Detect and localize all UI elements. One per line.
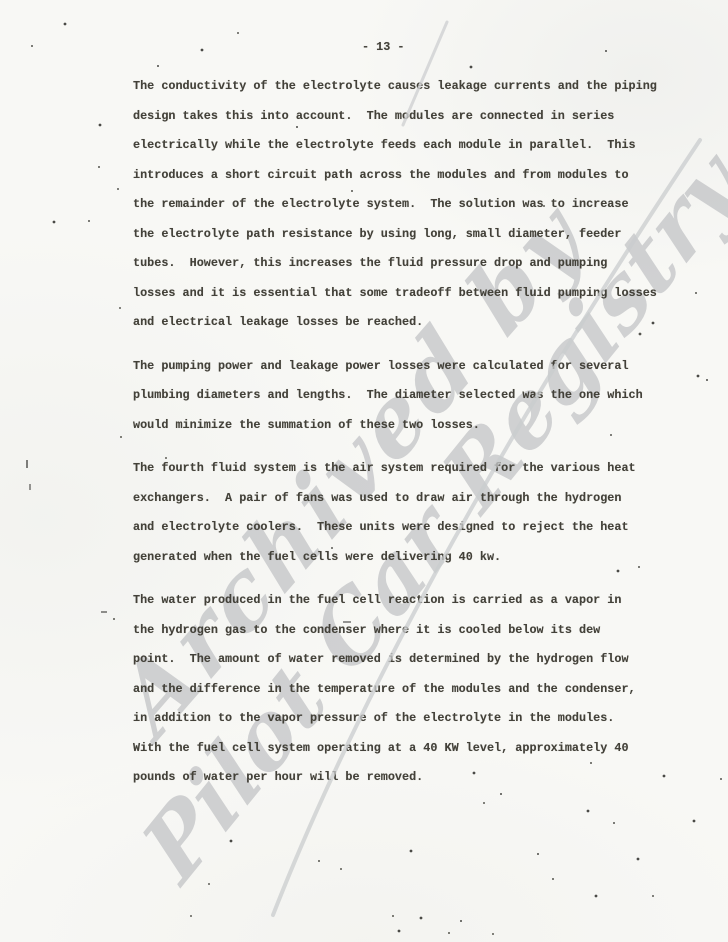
text-line: exchangers. A pair of fans was used to d… bbox=[133, 491, 657, 521]
document-body: The conductivity of the electrolyte caus… bbox=[133, 79, 657, 814]
text-line: electrically while the electrolyte feeds… bbox=[133, 138, 657, 168]
text-line: point. The amount of water removed is de… bbox=[133, 652, 657, 682]
text-line: generated when the fuel cells were deliv… bbox=[133, 550, 657, 580]
paragraph: The water produced in the fuel cell reac… bbox=[133, 593, 657, 800]
paragraph: The pumping power and leakage power loss… bbox=[133, 359, 657, 448]
text-line: introduces a short circuit path across t… bbox=[133, 168, 657, 198]
text-line: and the difference in the temperature of… bbox=[133, 682, 657, 712]
text-line: plumbing diameters and lengths. The diam… bbox=[133, 388, 657, 418]
page-number: - 13 - bbox=[362, 40, 404, 54]
text-line: the hydrogen gas to the condenser where … bbox=[133, 623, 657, 653]
text-line: and electrical leakage losses be reached… bbox=[133, 315, 657, 345]
text-line: would minimize the summation of these tw… bbox=[133, 418, 657, 448]
text-line: The fourth fluid system is the air syste… bbox=[133, 461, 657, 491]
scanned-document-page: Archived by Pilot Car Registry - 13 - Th… bbox=[0, 0, 728, 942]
text-line: pounds of water per hour will be removed… bbox=[133, 770, 657, 800]
text-line: the remainder of the electrolyte system.… bbox=[133, 197, 657, 227]
paragraph: The fourth fluid system is the air syste… bbox=[133, 461, 657, 579]
text-line: The water produced in the fuel cell reac… bbox=[133, 593, 657, 623]
text-line: The pumping power and leakage power loss… bbox=[133, 359, 657, 389]
text-line: The conductivity of the electrolyte caus… bbox=[133, 79, 657, 109]
text-line: in addition to the vapor pressure of the… bbox=[133, 711, 657, 741]
text-line: losses and it is essential that some tra… bbox=[133, 286, 657, 316]
scan-speckles bbox=[0, 0, 2, 2]
text-line: With the fuel cell system operating at a… bbox=[133, 741, 657, 771]
text-line: and electrolyte coolers. These units wer… bbox=[133, 520, 657, 550]
text-line: tubes. However, this increases the fluid… bbox=[133, 256, 657, 286]
text-line: the electrolyte path resistance by using… bbox=[133, 227, 657, 257]
paragraph: The conductivity of the electrolyte caus… bbox=[133, 79, 657, 345]
text-line: design takes this into account. The modu… bbox=[133, 109, 657, 139]
